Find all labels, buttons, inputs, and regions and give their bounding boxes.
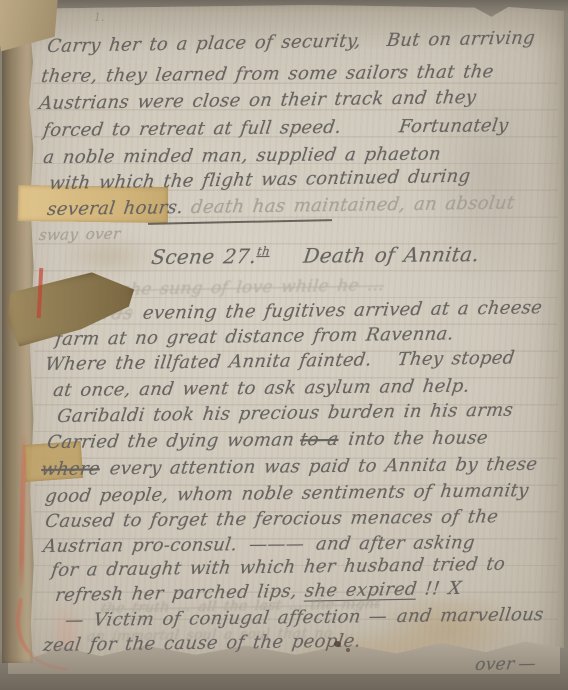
text-segment: every attention was paid to Annita by th… bbox=[108, 454, 538, 480]
text-segment: Fortunately bbox=[398, 115, 510, 137]
manuscript-line: there, they learned from some sailors th… bbox=[40, 61, 495, 87]
text-segment: farm at no great distance from Ravenna. bbox=[54, 323, 455, 350]
text-segment: zeal for the cause of the people. bbox=[42, 631, 362, 656]
text-segment: sway over bbox=[38, 225, 122, 244]
text-segment: Caused to forget the ferocious menaces o… bbox=[44, 506, 500, 532]
text-segment: They stoped bbox=[396, 347, 516, 370]
text-segment: several hours. bbox=[46, 197, 184, 220]
page-marker: 1. bbox=[94, 11, 105, 24]
text-segment: death has maintained, an absolut bbox=[190, 192, 516, 218]
manuscript-photo: Carry her to a place of security,But on … bbox=[0, 0, 568, 690]
text-segment: and marvellous bbox=[396, 604, 545, 627]
text-segment: evening the fugitives arrived at a chees… bbox=[142, 297, 544, 324]
text-segment: — bbox=[367, 606, 388, 627]
text-segment: But on arriving bbox=[386, 27, 537, 51]
ink-spot bbox=[346, 648, 350, 652]
manuscript-line: a noble minded man, supplied a phaeton bbox=[42, 144, 442, 168]
text-segment: Austrian pro-consul. bbox=[42, 534, 239, 557]
manuscript-line: Scene 27.thDeath of Annita. bbox=[150, 242, 481, 269]
text-segment: ——— bbox=[248, 534, 306, 556]
manuscript-line: she sung of love while he … bbox=[120, 275, 385, 300]
manuscript-line: Austrians were close on their track and … bbox=[38, 87, 478, 114]
text-segment: a noble minded man, supplied a phaeton bbox=[42, 144, 442, 168]
text-segment: Scene 27. bbox=[150, 244, 258, 269]
manuscript-line: Where the illfated Annita fainted.They s… bbox=[44, 347, 516, 375]
manuscript-line: forced to retreat at full speed.Fortunat… bbox=[42, 115, 510, 141]
manuscript-line: good people, whom noble sentiments of hu… bbox=[44, 480, 530, 507]
text-segment: Garibaldi took his precious burden in hi… bbox=[56, 400, 514, 427]
manuscript-line: Austrian pro-consul.———and after asking bbox=[42, 532, 476, 557]
text-segment: !! X bbox=[424, 578, 463, 600]
text-segment: into the house bbox=[347, 427, 489, 449]
manuscript-line: several hours.death has maintained, an a… bbox=[46, 192, 516, 220]
text-segment: Carried the dying woman bbox=[46, 429, 296, 453]
manuscript-line: for a draught with which her husband tri… bbox=[50, 554, 506, 581]
text-segment: she sung of love while he … bbox=[120, 275, 385, 300]
text-segment: over bbox=[474, 654, 516, 675]
manuscript-line: at once, and went to ask asylum and help… bbox=[52, 376, 471, 401]
text-segment: — bbox=[517, 654, 537, 674]
text-segment: and after asking bbox=[315, 532, 476, 554]
manuscript-line: farm at no great distance from Ravenna. bbox=[54, 323, 455, 350]
ink-spot bbox=[334, 641, 341, 647]
manuscript-line: sway over bbox=[38, 225, 122, 244]
manuscript-line: with which the flight was continued duri… bbox=[48, 166, 472, 194]
manuscript-line: Carry her to a place of security,But on … bbox=[46, 27, 536, 57]
manuscript-line: whereevery attention was paid to Annita … bbox=[40, 454, 539, 480]
text-segment: good people, whom noble sentiments of hu… bbox=[44, 480, 530, 507]
manuscript-line: Carried the dying womanto ainto the hous… bbox=[46, 427, 489, 453]
text-segment: for a draught with which her husband tri… bbox=[50, 554, 506, 581]
manuscript-line: zeal for the cause of the people. bbox=[42, 631, 362, 656]
text-segment: Carry her to a place of security, bbox=[46, 30, 362, 57]
text-segment: there, they learned from some sailors th… bbox=[40, 61, 495, 87]
text-segment: where bbox=[40, 458, 101, 480]
text-layer: Carry her to a place of security,But on … bbox=[0, 0, 568, 690]
manuscript-line: Caused to forget the ferocious menaces o… bbox=[44, 506, 500, 532]
text-segment: forced to retreat at full speed. bbox=[42, 117, 343, 141]
text-segment: with which the flight was continued duri… bbox=[48, 166, 472, 194]
manuscript-line: over— bbox=[474, 654, 537, 675]
text-segment: to a bbox=[299, 429, 340, 450]
text-segment: Death of Annita. bbox=[302, 242, 481, 268]
text-segment: th bbox=[256, 244, 271, 258]
text-segment: Austrians were close on their track and … bbox=[38, 87, 478, 114]
text-segment: at once, and went to ask asylum and help… bbox=[52, 376, 471, 401]
manuscript-line: Garibaldi took his precious burden in hi… bbox=[56, 400, 514, 427]
text-segment: Where the illfated Annita fainted. bbox=[44, 349, 373, 375]
